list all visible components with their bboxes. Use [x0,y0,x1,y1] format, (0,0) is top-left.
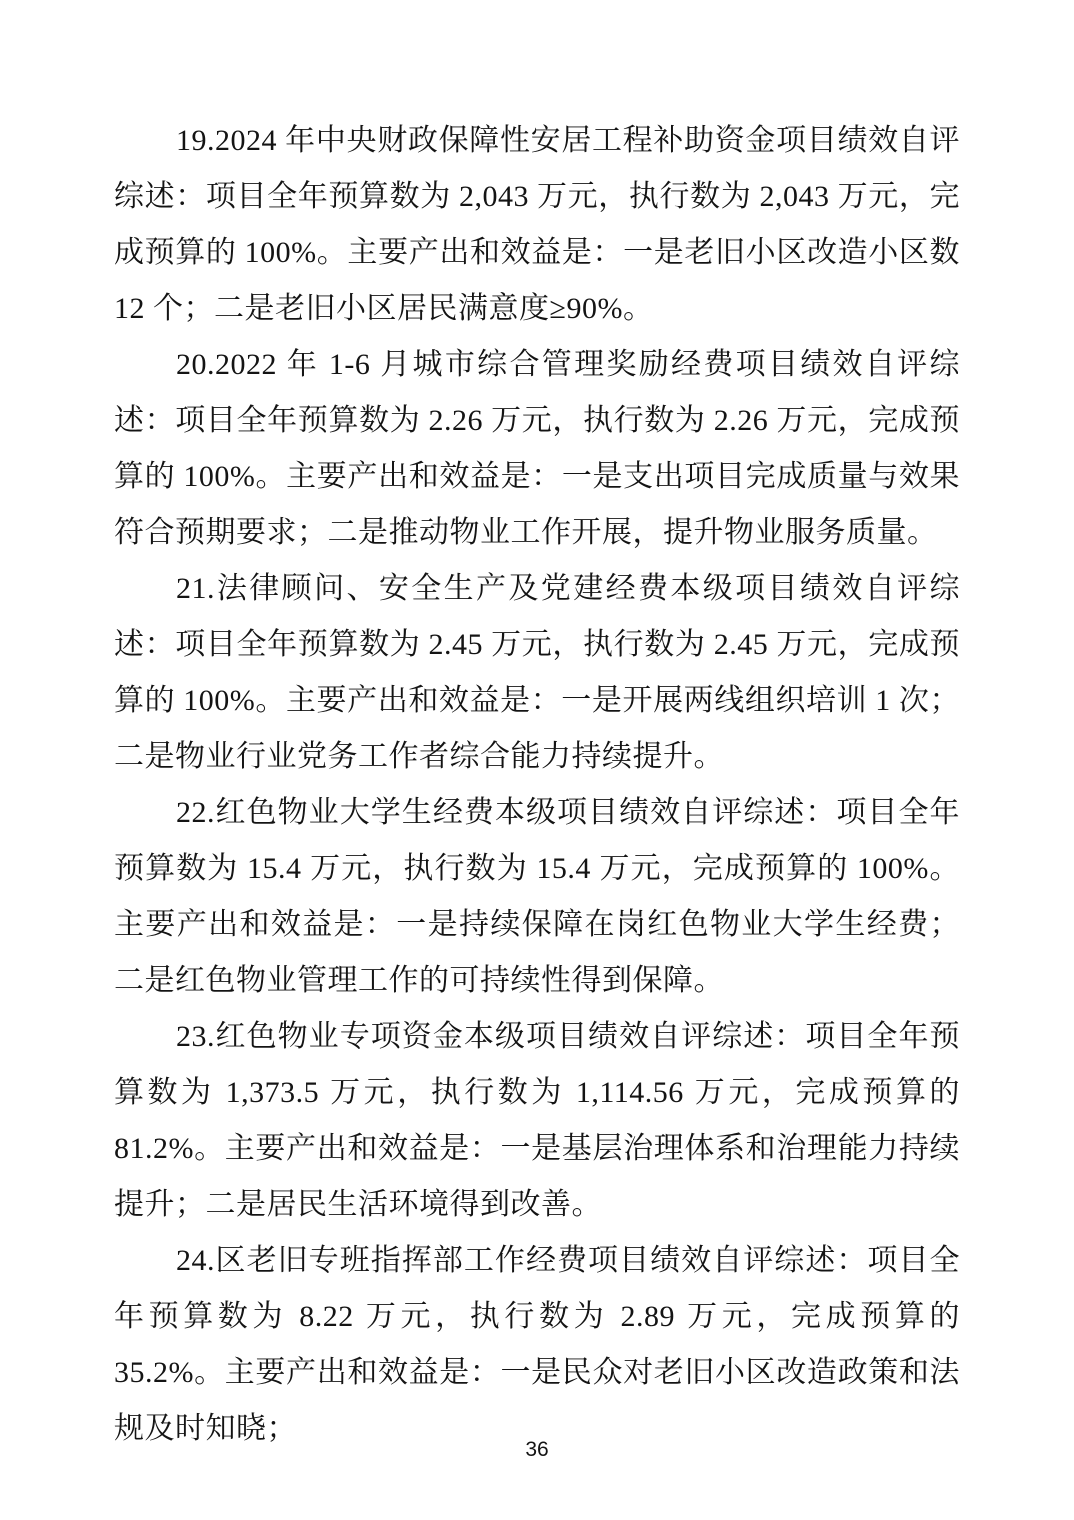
paragraph-20: 20.2022 年 1-6 月城市综合管理奖励经费项目绩效自评综述：项目全年预算… [114,337,960,561]
document-body: 19.2024 年中央财政保障性安居工程补助资金项目绩效自评综述：项目全年预算数… [114,113,960,1457]
paragraph-22: 22.红色物业大学生经费本级项目绩效自评综述：项目全年预算数为 15.4 万元，… [114,785,960,1009]
paragraph-23: 23.红色物业专项资金本级项目绩效自评综述：项目全年预算数为 1,373.5 万… [114,1009,960,1233]
paragraph-21: 21.法律顾问、安全生产及党建经费本级项目绩效自评综述：项目全年预算数为 2.4… [114,561,960,785]
paragraph-24: 24.区老旧专班指挥部工作经费项目绩效自评综述：项目全年预算数为 8.22 万元… [114,1233,960,1457]
paragraph-19: 19.2024 年中央财政保障性安居工程补助资金项目绩效自评综述：项目全年预算数… [114,113,960,337]
page-number: 36 [0,1438,1074,1462]
document-page: 19.2024 年中央财政保障性安居工程补助资金项目绩效自评综述：项目全年预算数… [0,0,1074,1520]
